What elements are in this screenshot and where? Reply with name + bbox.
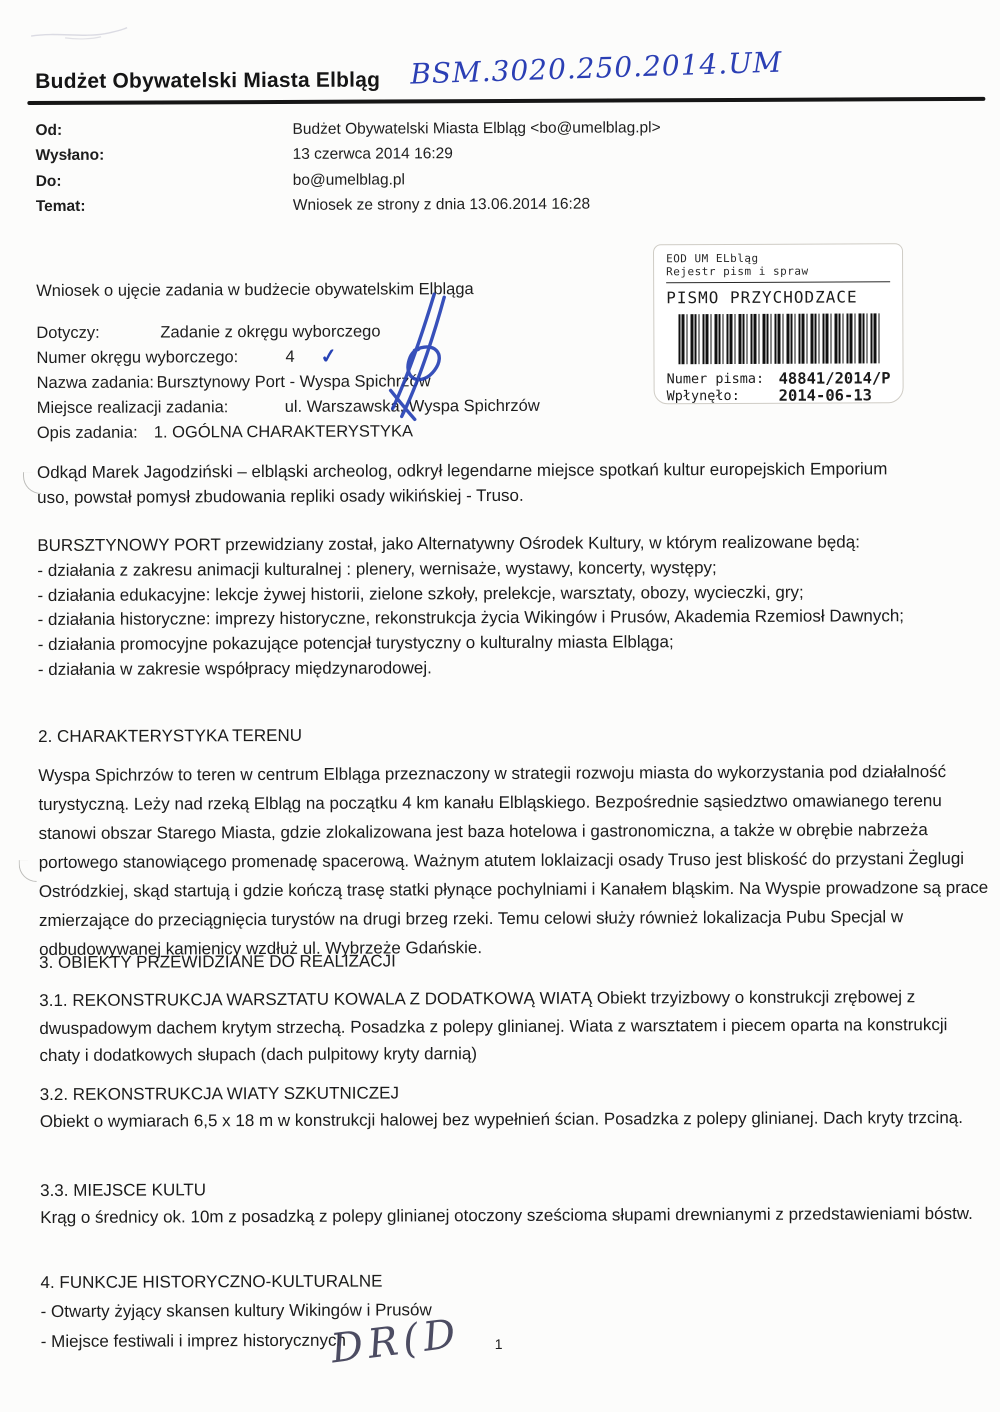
- stamp-document-type: PISMO PRZYCHODZACE: [666, 287, 892, 307]
- section32-heading: 3.2. REKONSTRUKCJA WIATY SZKUTNICZEJ: [40, 1078, 990, 1107]
- page-number: 1: [495, 1336, 503, 1352]
- bursztynowy-port-block: BURSZTYNOWY PORT przewidziany został, ja…: [37, 530, 988, 683]
- handwritten-reference-number: BSM.3020.250.2014.UM: [410, 46, 783, 91]
- section2-paragraph: Wyspa Spichrzów to teren w centrum Elblą…: [38, 757, 989, 964]
- opis-zadania-value: 1. OGÓLNA CHARAKTERYSTYKA: [154, 419, 413, 445]
- section32-paragraph: Obiekt o wymiarach 6,5 x 18 m w konstruk…: [40, 1104, 990, 1136]
- opis-zadania-label: Opis zadania:: [37, 421, 154, 447]
- to-value: bo@umelblag.pl: [293, 167, 405, 193]
- section4-list: - Otwarty żyjący skansen kultury Wikingó…: [41, 1293, 991, 1357]
- nazwa-zadania-label: Nazwa zadania:: [37, 370, 157, 396]
- activity-item: - działania w zakresie współpracy między…: [38, 654, 988, 683]
- section3-heading: 3. OBIEKTY PRZEWIDZIANE DO REALIZACJI: [39, 946, 989, 975]
- activity-item: - działania historyczne: imprezy history…: [38, 604, 988, 633]
- title-divider-rule: [27, 97, 985, 105]
- scan-smudge-artifact: [27, 21, 167, 46]
- dotyczy-label: Dotyczy:: [36, 320, 160, 346]
- email-header-row-subject: Temat: Wniosek ze strony z dnia 13.06.20…: [36, 191, 736, 219]
- paragraph-truso-line2: uso, powstał pomysł zbudowania repliki o…: [37, 481, 987, 510]
- subject-label: Temat:: [36, 193, 293, 220]
- scanned-document-page: Budżet Obywatelski Miasta Elbląg BSM.302…: [0, 0, 1000, 1412]
- section4-heading: 4. FUNKCJE HISTORYCZNO-KULTURALNE: [40, 1266, 990, 1295]
- stamp-divider: [666, 281, 890, 283]
- dotyczy-value: Zadanie z okręgu wyborczego: [160, 320, 380, 346]
- bursztynowy-intro: BURSZTYNOWY PORT przewidziany został, ja…: [37, 530, 987, 559]
- email-header-row-to: Do: bo@umelblag.pl: [36, 166, 736, 194]
- section33-heading: 3.3. MIEJSCE KULTU: [40, 1174, 990, 1203]
- stamp-office-line: EOD UM ELbląg: [666, 251, 892, 265]
- document-content: Budżet Obywatelski Miasta Elbląg BSM.302…: [0, 0, 1000, 1412]
- stamp-register-line: Rejestr pism i spraw: [666, 264, 892, 278]
- email-header-row-sent: Wysłano: 13 czerwca 2014 16:29: [36, 140, 736, 168]
- document-title: Budżet Obywatelski Miasta Elbląg: [35, 69, 380, 95]
- sent-value: 13 czerwca 2014 16:29: [293, 142, 453, 168]
- section31-paragraph: 3.1. REKONSTRUKCJA WARSZTATU KOWALA Z DO…: [39, 983, 989, 1070]
- scan-curl-artifact: [19, 860, 37, 882]
- section4-item: - Otwarty żyjący skansen kultury Wikingó…: [41, 1293, 991, 1327]
- paragraph-truso: Odkąd Marek Jagodziński – elbląski arche…: [37, 456, 987, 510]
- section2-heading: 2. CHARAKTERYSTYKA TERENU: [38, 720, 988, 749]
- numer-okregu-value: 4: [285, 345, 294, 370]
- handwritten-check-mark: ✓: [319, 344, 338, 371]
- from-label: Od:: [35, 117, 292, 144]
- numer-okregu-label: Numer okręgu wyborczego:: [36, 345, 285, 371]
- handwritten-paraph-scribble: [384, 292, 455, 422]
- subject-value: Wniosek ze strony z dnia 13.06.2014 16:2…: [293, 192, 590, 219]
- stamp-received-value: 2014-06-13: [779, 387, 872, 404]
- email-header: Od: Budżet Obywatelski Miasta Elbląg <bo…: [35, 115, 735, 220]
- miejsce-realizacji-label: Miejsce realizacji zadania:: [37, 395, 285, 421]
- from-value: Budżet Obywatelski Miasta Elbląg <bo@ume…: [292, 115, 660, 142]
- sent-label: Wysłano:: [36, 142, 293, 169]
- section4-item: - Miejsce festiwali i imprez historyczny…: [41, 1323, 991, 1357]
- section33-paragraph: Krąg o średnicy ok. 10m z posadzką z pol…: [40, 1200, 990, 1232]
- stamp-number-value: 48841/2014/P: [779, 370, 891, 387]
- email-header-row-from: Od: Budżet Obywatelski Miasta Elbląg <bo…: [35, 115, 735, 143]
- paragraph-truso-line1: Odkąd Marek Jagodziński – elbląski arche…: [37, 456, 987, 485]
- to-label: Do:: [36, 168, 293, 195]
